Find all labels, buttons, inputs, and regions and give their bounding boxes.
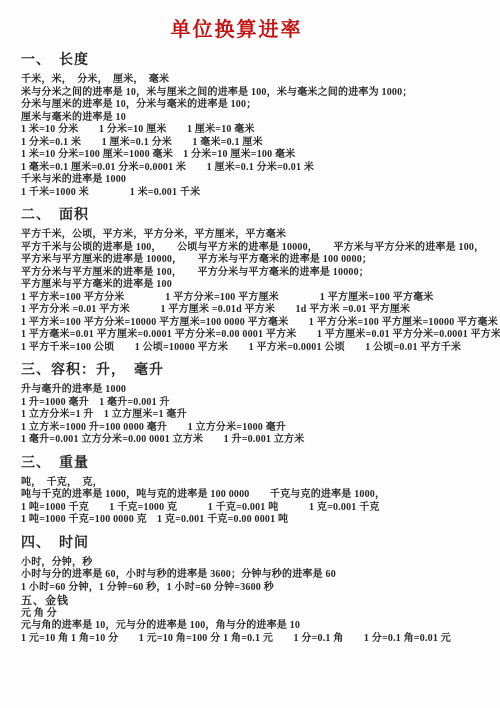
text-line: 小时与分的进率是 60，小时与秒的进率是 3600；分钟与秒的进率是 60 (21, 569, 492, 582)
text-line: 平方厘米与平方毫米的进率是 100 (21, 279, 492, 292)
text-line: 分米与厘米的进率是 10，分米与毫米的进率是 100； (21, 99, 492, 112)
text-line: 1 平方毫米=0.01 平方厘米=0.0001 平方分米=0.00 0001 平… (21, 329, 492, 342)
text-line: 千米与米的进率是 1000 (21, 174, 492, 187)
text-line: 吨， 千克， 克， (21, 477, 492, 490)
text-line: 1 吨=1000 千克=100 0000 克 1 克=0.001 千克=0.00… (21, 514, 492, 527)
text-line: 1 平方千米=100 公顷 1 公顷=10000 平方米 1 平方米=0.000… (21, 342, 492, 355)
text-line: 平方千米与公顷的进率是 100， 公顷与平方米的进率是 10000， 平方米与平… (21, 242, 492, 255)
document-page: 单位换算进率 一、 长度 千米，米， 分米， 厘米， 毫米 米与分米之间的进率是… (0, 0, 500, 708)
text-line: 元 角 分 (21, 608, 492, 621)
text-line: 1 毫米=0.1 厘米=0.01 分米=0.0001 米 1 厘米=0.1 分米… (21, 162, 492, 175)
text-line: 1 元=10 角 1 角=10 分 1 元=10 角=100 分 1 角=0.1… (21, 633, 492, 646)
text-line: 千米，米， 分米， 厘米， 毫米 (21, 74, 492, 87)
section-heading-volume: 三、容积：升， 毫升 (21, 362, 492, 380)
text-line: 1 平方米=100 平方分米 1 平方分米=100 平方厘米 1 平方厘米=10… (21, 292, 492, 305)
section-heading-area: 二、 面积 (21, 207, 492, 225)
section-heading-money: 五、金钱 (21, 595, 492, 608)
text-line: 1 立方米=1000 升=100 0000 毫升 1 立方分米=1000 毫升 (21, 422, 492, 435)
text-line: 1 吨=1000 千克 1 千克=1000 克 1 千克=0.001 吨 1 克… (21, 502, 492, 515)
text-line: 1 平方分米 =0.01 平方米 1 平方厘米 =0.01d 平方米 1d 平方… (21, 304, 492, 317)
text-line: 1 分米=0.1 米 1 厘米=0.1 分米 1 毫米=0.1 厘米 (21, 137, 492, 150)
text-line: 平方分米与平方厘米的进率是 100， 平方分米与平方毫米的进率是 10000； (21, 267, 492, 280)
section-heading-length: 一、 长度 (21, 52, 492, 70)
doc-title: 单位换算进率 (21, 18, 452, 42)
text-line: 1 米=10 分米 1 分米=10 厘米 1 厘米=10 毫米 (21, 124, 492, 137)
text-line: 小时，分钟，秒 (21, 557, 492, 570)
text-line: 元与角的进率是 10，元与分的进率是 100，角与分的进率是 10 (21, 620, 492, 633)
section-heading-weight: 三、 重量 (21, 455, 492, 473)
text-line: 1 米=10 分米=100 厘米=1000 毫米 1 分米=10 厘米=100 … (21, 149, 492, 162)
text-line: 升与毫升的进率是 1000 (21, 384, 492, 397)
text-line: 平方千米，公顷，平方米，平方分米，平方厘米，平方毫米 (21, 229, 492, 242)
text-line: 吨与千克的进率是 1000，吨与克的进率是 100 0000 千克与克的进率是 … (21, 489, 492, 502)
text-line: 平方米与平方厘米的进率是 10000， 平方米与平方毫米的进率是 100 000… (21, 254, 492, 267)
text-line: 米与分米之间的进率是 10，米与厘米之间的进率是 100，米与毫米之间的进率为 … (21, 87, 492, 100)
text-line: 1 立方分米=1 升 1 立方厘米=1 毫升 (21, 409, 492, 422)
text-line: 1 毫升=0.001 立方分米=0.00 0001 立方米 1 升=0.001 … (21, 434, 492, 447)
text-line: 1 小时=60 分钟，1 分钟=60 秒，1 小时=60 分钟=3600 秒 (21, 582, 492, 595)
text-line: 1 千米=1000 米 1 米=0.001 千米 (21, 187, 492, 200)
text-line: 1 升=1000 毫升 1 毫升=0.001 升 (21, 397, 492, 410)
section-heading-time: 四、 时间 (21, 535, 492, 553)
text-line: 1 平方米=100 平方分米=10000 平方厘米=100 0000 平方毫米 … (21, 317, 492, 330)
text-line: 厘米与毫米的进率是 10 (21, 112, 492, 125)
